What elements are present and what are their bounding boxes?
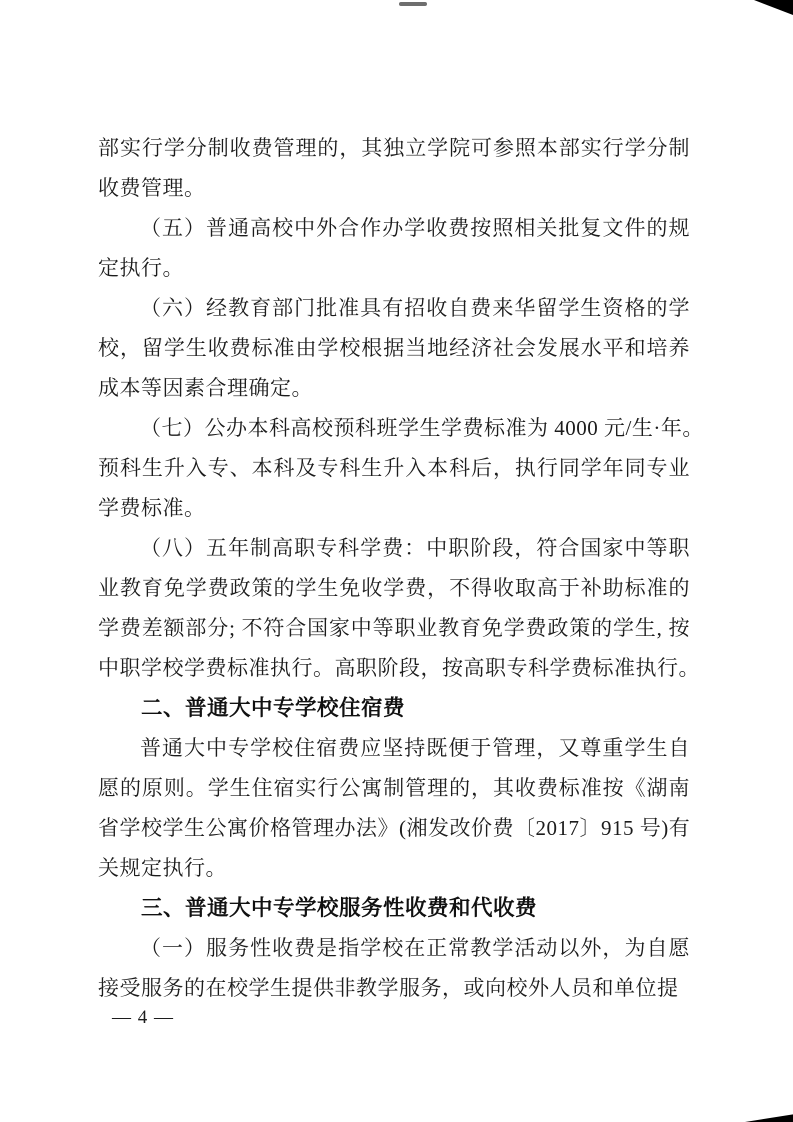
- paragraph: （一）服务性收费是指学校在正常教学活动以外，为自愿接受服务的在校学生提供非教学服…: [98, 928, 690, 1008]
- text-line: 收费管理。: [98, 168, 690, 208]
- paragraph: （六）经教育部门批准具有招收自费来华留学生资格的学校，留学生收费标准由学校根据当…: [98, 288, 690, 408]
- text-line: （六）经教育部门批准具有招收自费来华留学生资格的学: [98, 288, 690, 328]
- text-line: 定执行。: [98, 248, 690, 288]
- text-line: （五）普通高校中外合作办学收费按照相关批复文件的规: [98, 208, 690, 248]
- paragraph: （七）公办本科高校预科班学生学费标准为 4000 元/生·年。预科生升入专、本科…: [98, 408, 690, 528]
- text-line: 中职学校学费标准执行。高职阶段，按高职专科学费标准执行。: [98, 648, 690, 688]
- text-line: 关规定执行。: [98, 848, 690, 888]
- text-line: 学费差额部分; 不符合国家中等职业教育免学费政策的学生, 按: [98, 608, 690, 648]
- text-line: （七）公办本科高校预科班学生学费标准为 4000 元/生·年。: [98, 408, 690, 448]
- text-line: （一）服务性收费是指学校在正常教学活动以外，为自愿: [98, 928, 690, 968]
- scan-corner-mark-bottom-right: [745, 1113, 793, 1122]
- paragraph: 部实行学分制收费管理的，其独立学院可参照本部实行学分制收费管理。: [98, 128, 690, 208]
- text-line: （八）五年制高职专科学费：中职阶段，符合国家中等职: [98, 528, 690, 568]
- paragraph: 普通大中专学校住宿费应坚持既便于管理，又尊重学生自愿的原则。学生住宿实行公寓制管…: [98, 728, 690, 888]
- section-heading: 二、普通大中专学校住宿费: [98, 688, 690, 728]
- scan-corner-mark-top-right: [754, 0, 793, 15]
- text-line: 普通大中专学校住宿费应坚持既便于管理，又尊重学生自: [98, 728, 690, 768]
- section-heading: 三、普通大中专学校服务性收费和代收费: [98, 888, 690, 928]
- text-line: 学费标准。: [98, 488, 690, 528]
- scanned-document-page: 部实行学分制收费管理的，其独立学院可参照本部实行学分制收费管理。（五）普通高校中…: [0, 0, 793, 1122]
- text-line: 二、普通大中专学校住宿费: [98, 688, 690, 728]
- text-line: 业教育免学费政策的学生免收学费，不得收取高于补助标准的: [98, 568, 690, 608]
- text-line: 愿的原则。学生住宿实行公寓制管理的，其收费标准按《湖南: [98, 768, 690, 808]
- text-line: 省学校学生公寓价格管理办法》(湘发改价费〔2017〕915 号)有: [98, 808, 690, 848]
- text-line: 成本等因素合理确定。: [98, 368, 690, 408]
- document-body: 部实行学分制收费管理的，其独立学院可参照本部实行学分制收费管理。（五）普通高校中…: [98, 128, 690, 1008]
- text-line: 部实行学分制收费管理的，其独立学院可参照本部实行学分制: [98, 128, 690, 168]
- text-line: 接受服务的在校学生提供非教学服务，或向校外人员和单位提: [98, 968, 690, 1008]
- text-line: 三、普通大中专学校服务性收费和代收费: [98, 888, 690, 928]
- text-line: 校，留学生收费标准由学校根据当地经济社会发展水平和培养: [98, 328, 690, 368]
- text-line: 预科生升入专、本科及专科生升入本科后，执行同学年同专业: [98, 448, 690, 488]
- page-number: — 4 —: [112, 1003, 174, 1033]
- paragraph: （八）五年制高职专科学费：中职阶段，符合国家中等职业教育免学费政策的学生免收学费…: [98, 528, 690, 688]
- paragraph: （五）普通高校中外合作办学收费按照相关批复文件的规定执行。: [98, 208, 690, 288]
- scan-smudge-top-center: [399, 2, 427, 6]
